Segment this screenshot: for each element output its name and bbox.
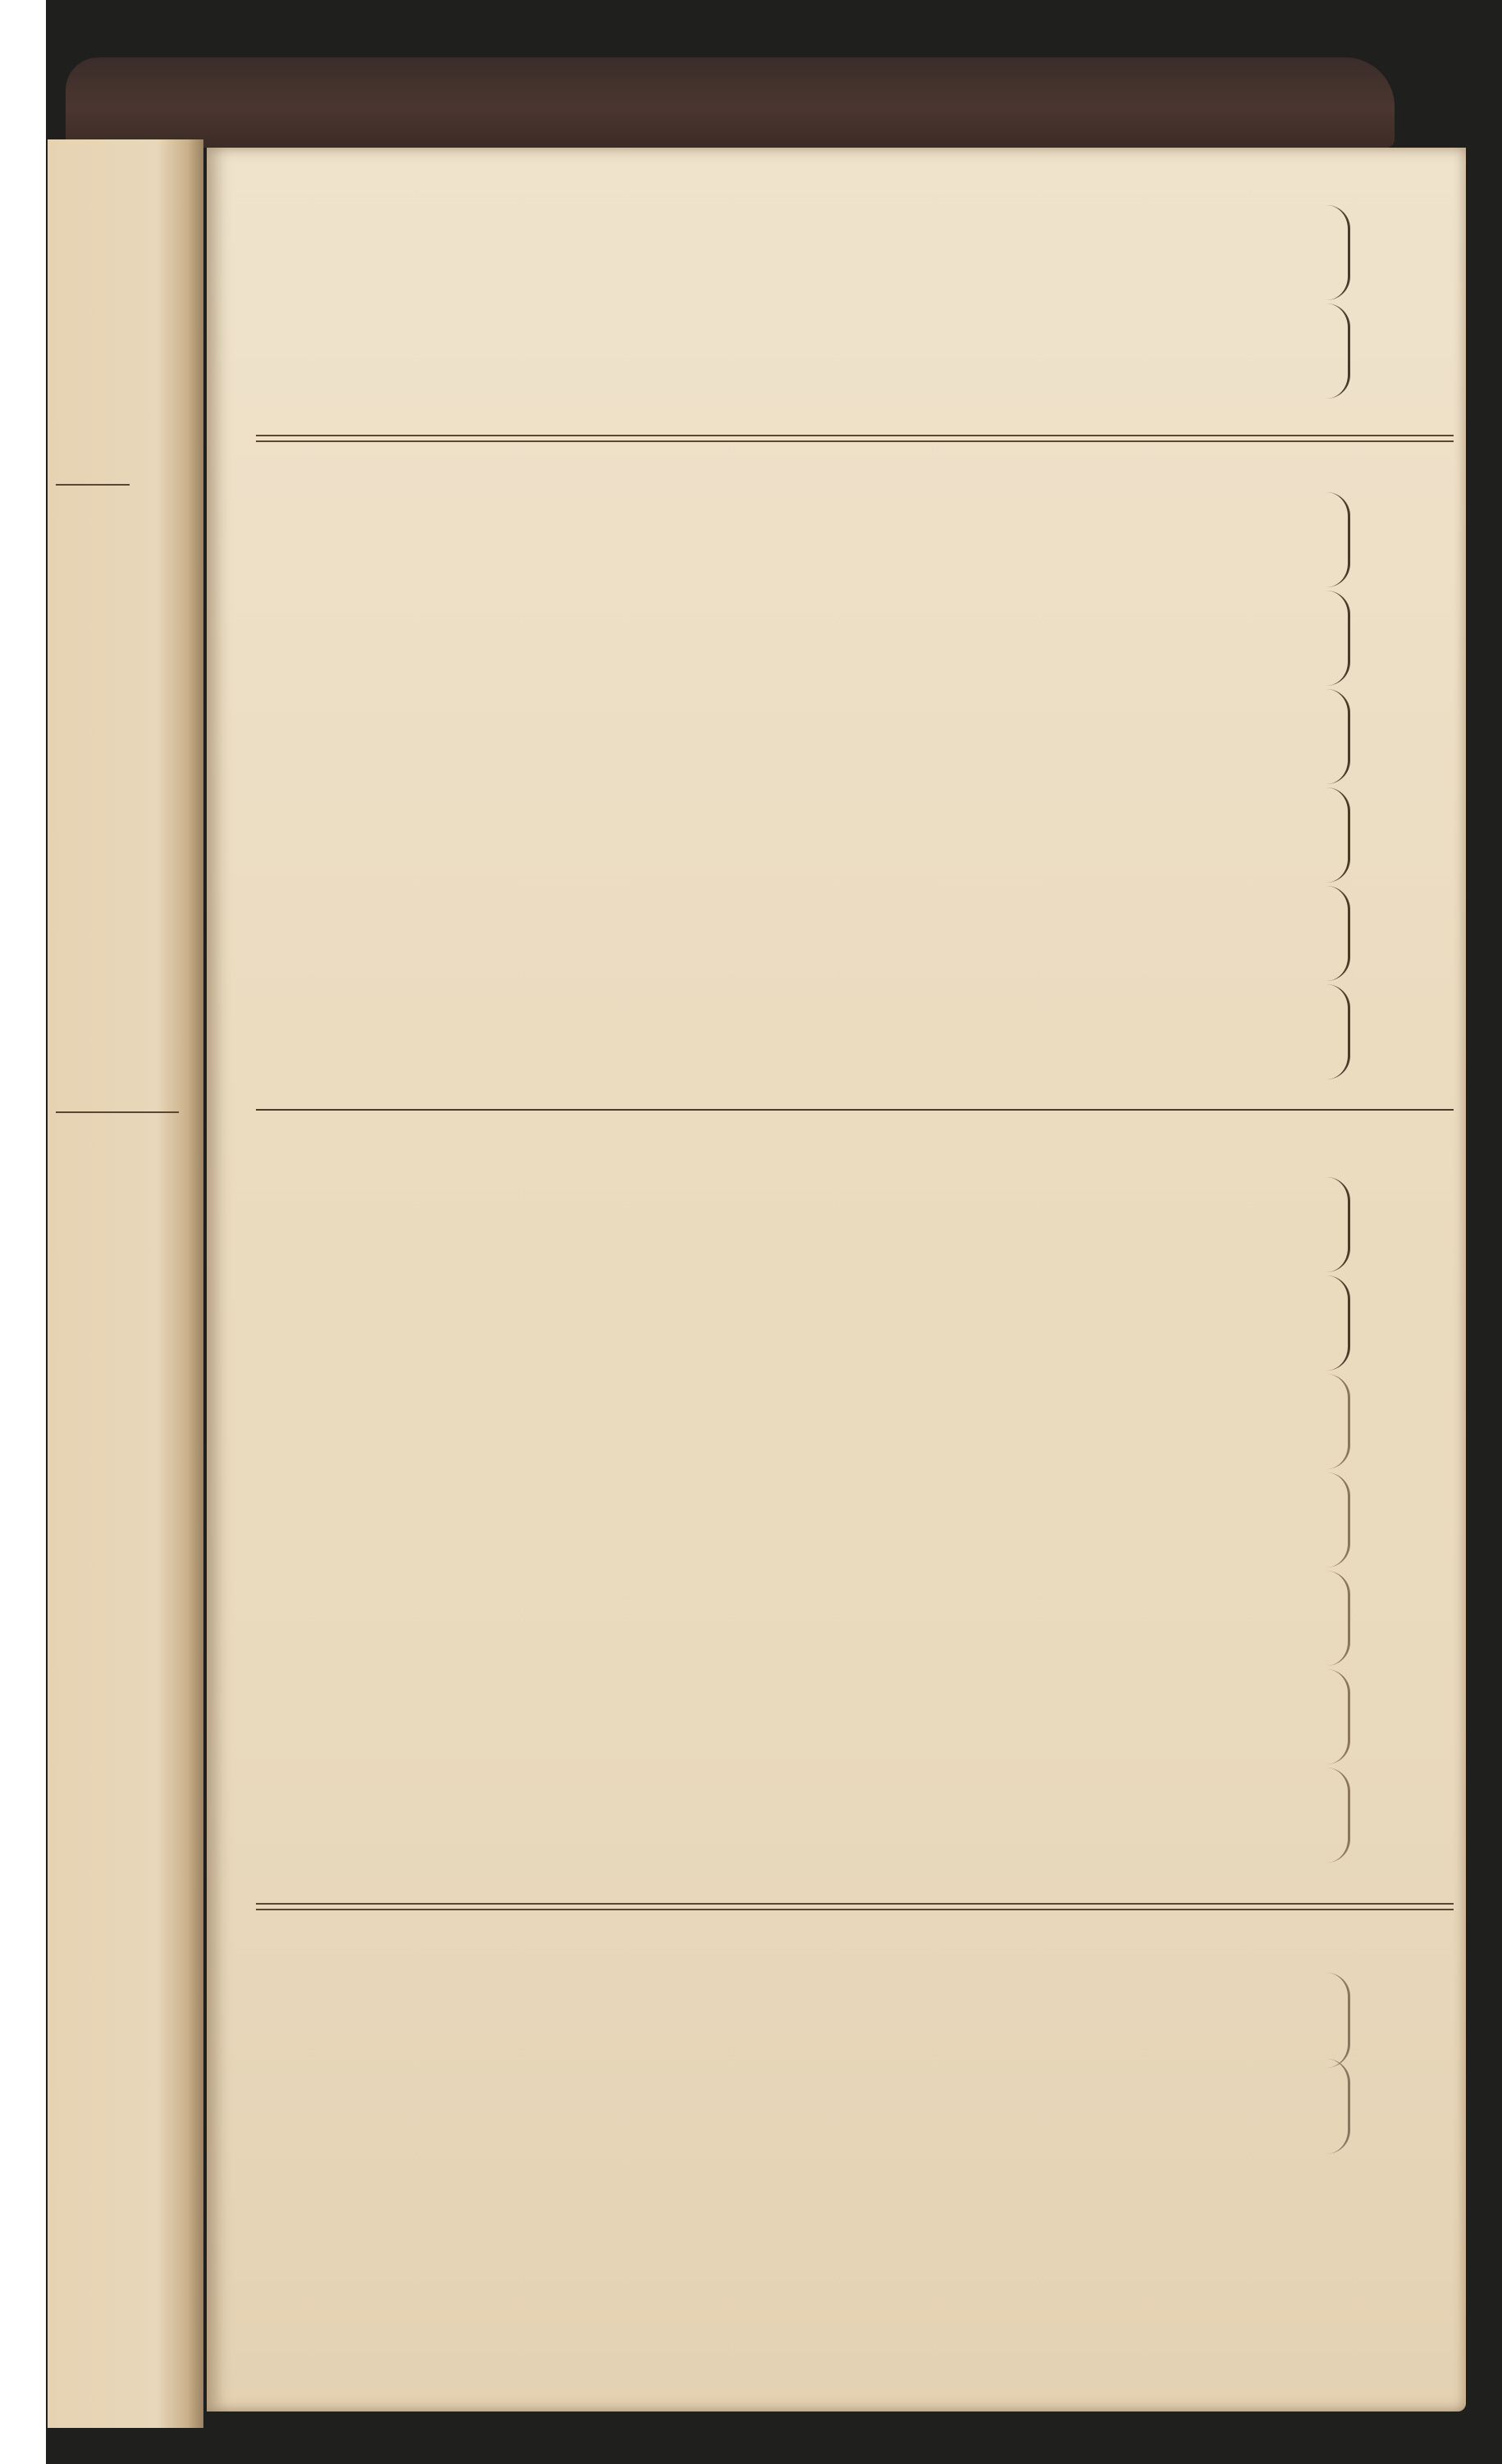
brace bbox=[1326, 591, 1350, 686]
brace bbox=[1326, 1669, 1350, 1764]
brace bbox=[1326, 1768, 1350, 1863]
brace bbox=[1326, 205, 1350, 300]
left-page bbox=[48, 139, 203, 2428]
brace bbox=[1326, 1571, 1350, 1666]
brace bbox=[1326, 787, 1350, 883]
brace bbox=[1326, 1177, 1350, 1272]
brace bbox=[1326, 1973, 1350, 2068]
left-divider bbox=[56, 1111, 179, 1113]
brace bbox=[1326, 689, 1350, 784]
brace bbox=[1326, 886, 1350, 981]
brace bbox=[1326, 2059, 1350, 2154]
section-divider bbox=[256, 1109, 1454, 1111]
brace bbox=[1326, 492, 1350, 587]
left-divider bbox=[56, 484, 130, 486]
brace bbox=[1326, 1275, 1350, 1371]
section-divider bbox=[256, 435, 1454, 442]
register-page bbox=[207, 148, 1466, 2412]
book-binding bbox=[66, 57, 1395, 148]
left-margin-years bbox=[48, 139, 203, 2428]
section-divider bbox=[256, 1903, 1454, 1910]
brace bbox=[1326, 1374, 1350, 1469]
copyright-strip bbox=[0, 0, 46, 2464]
brace bbox=[1326, 984, 1350, 1079]
brace bbox=[1326, 1472, 1350, 1567]
brace bbox=[1326, 303, 1350, 399]
